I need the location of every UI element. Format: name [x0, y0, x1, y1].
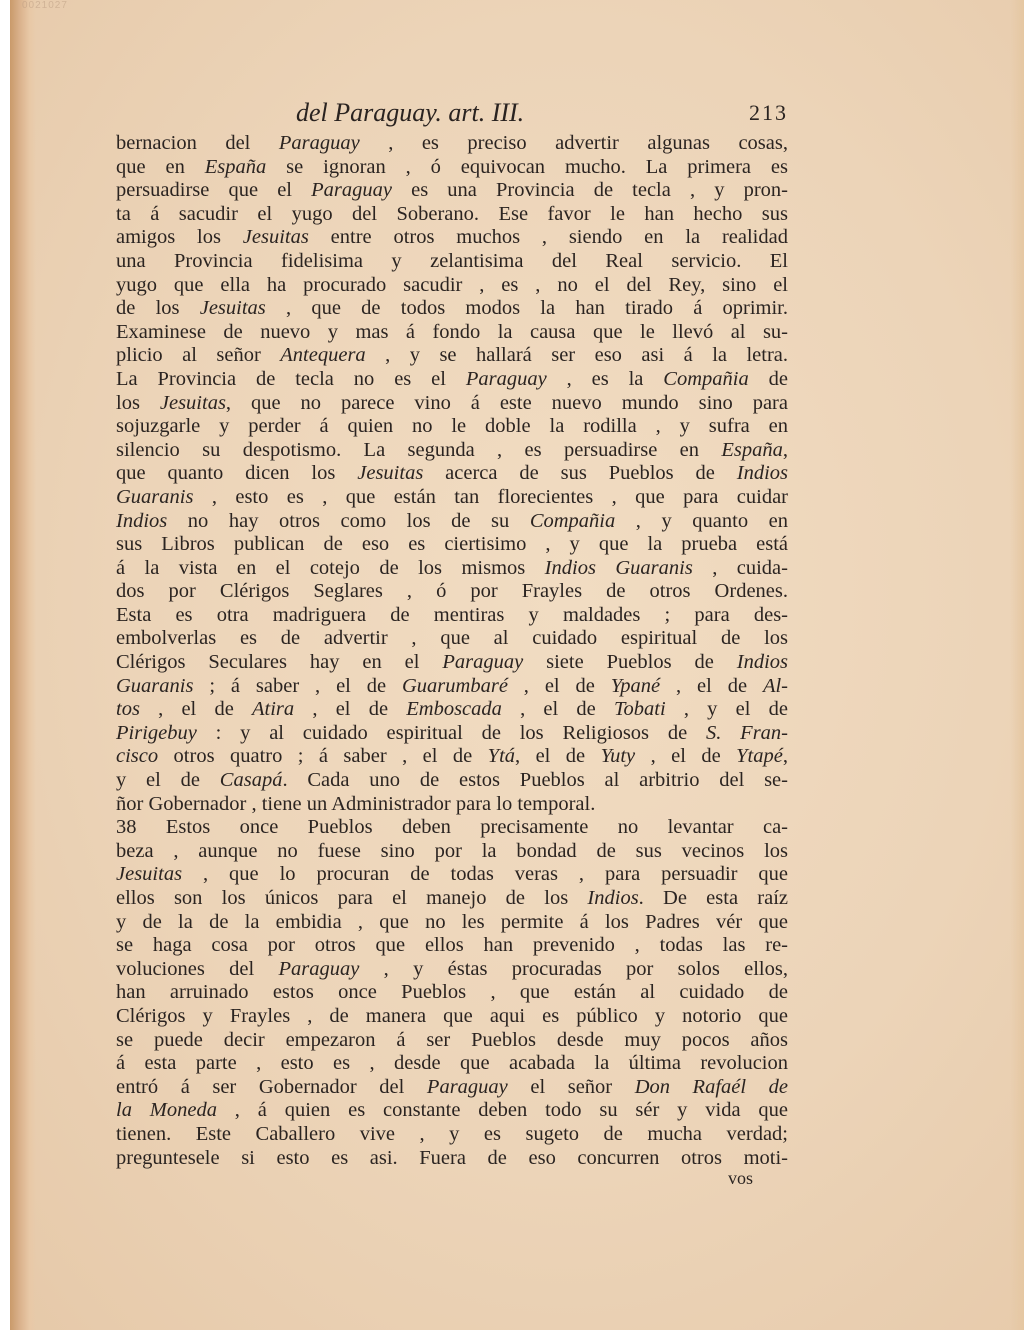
text-line: han arruinado estos once Pueblos , que e…	[116, 981, 788, 1005]
text-run: La Provincia de tecla no es el	[116, 368, 466, 390]
text-line: Clérigos y Frayles , de manera que aqui …	[116, 1005, 788, 1029]
text-run: , y el de	[666, 698, 788, 720]
text-line: se haga cosa por otros que ellos han pre…	[116, 934, 788, 958]
text-run: acerca de sus Pueblos de	[423, 462, 736, 484]
italic-text: Jesuitas	[357, 462, 423, 484]
italic-text: Indios	[587, 887, 638, 909]
text-run: Examinese de nuevo y mas á fondo la caus…	[116, 321, 788, 343]
text-run: , el de	[635, 745, 736, 767]
italic-text: Indios Guaranis	[545, 557, 693, 579]
text-run: . De esta raíz	[639, 887, 788, 909]
italic-text: Tobati	[614, 698, 666, 720]
text-line: tos , el de Atira , el de Emboscada , el…	[116, 698, 788, 722]
italic-text: Jesuitas	[116, 863, 182, 885]
text-line: la Moneda , á quien es constante deben t…	[116, 1099, 788, 1123]
text-line: bernacion del Paraguay , es preciso adve…	[116, 132, 788, 156]
text-line: y de la de la embidia , que no les permi…	[116, 911, 788, 935]
text-line: Pirigebuy : y al cuidado espiritual de l…	[116, 722, 788, 746]
catchword: vos	[728, 1168, 753, 1189]
text-line: preguntesele si esto es asi. Fuera de es…	[116, 1147, 788, 1171]
text-line: una Provincia fidelisima y zelantisima d…	[116, 250, 788, 274]
text-run: los	[116, 392, 160, 414]
italic-text: Indios	[737, 462, 788, 484]
text-line: beza , aunque no fuese sino por la bonda…	[116, 840, 788, 864]
text-run: , el de	[140, 698, 252, 720]
text-run: , el de	[660, 675, 763, 697]
text-line: embolverlas es de advertir , que al cuid…	[116, 627, 788, 651]
text-line: Guaranis , esto es , que están tan flore…	[116, 486, 788, 510]
text-line: Examinese de nuevo y mas á fondo la caus…	[116, 321, 788, 345]
italic-text: Paraguay	[311, 179, 392, 201]
text-run: sus Libros publican de eso es ciertisimo…	[116, 533, 788, 555]
text-run: siete Pueblos de	[523, 651, 737, 673]
text-line: Jesuitas , que lo procuran de todas vera…	[116, 863, 788, 887]
text-run: yugo que ella ha procurado sacudir , es …	[116, 274, 788, 296]
italic-text: Guaranis	[116, 486, 193, 508]
italic-text: Emboscada	[406, 698, 502, 720]
body-text: bernacion del Paraguay , es preciso adve…	[116, 132, 788, 1170]
italic-text: Paraguay	[466, 368, 547, 390]
text-run: preguntesele si esto es asi. Fuera de es…	[116, 1147, 788, 1169]
italic-text: España	[205, 156, 267, 178]
scan-id-label: 0021027	[22, 0, 68, 11]
text-run: es una Provincia de tecla , y pron-	[392, 179, 788, 201]
text-line: y el de Casapá. Cada uno de estos Pueblo…	[116, 769, 788, 793]
text-run: bernacion del	[116, 132, 279, 154]
text-run: : y al cuidado espiritual de los Religio…	[197, 722, 706, 744]
text-run: y el de	[116, 769, 220, 791]
text-run: , el de	[508, 675, 611, 697]
italic-text: Paraguay	[278, 958, 359, 980]
text-run: Esta es otra madriguera de mentiras y ma…	[116, 604, 788, 626]
italic-text: Yuty	[601, 745, 636, 767]
text-run: que quanto dicen los	[116, 462, 357, 484]
italic-text: Pirigebuy	[116, 722, 197, 744]
italic-text: España	[721, 439, 783, 461]
text-run: . Cada uno de estos Pueblos al arbitrio …	[282, 769, 788, 791]
text-line: á esta parte , esto es , desde que acaba…	[116, 1052, 788, 1076]
text-run: silencio su despotismo. La segunda , es …	[116, 439, 721, 461]
text-run: han arruinado estos once Pueblos , que e…	[116, 981, 788, 1003]
text-line: Indios no hay otros como los de su Compa…	[116, 510, 788, 534]
text-run: , esto es , que están tan florecientes ,…	[193, 486, 788, 508]
text-run: á esta parte , esto es , desde que acaba…	[116, 1052, 788, 1074]
text-run: el señor	[508, 1076, 635, 1098]
italic-text: cisco	[116, 745, 158, 767]
text-run: embolverlas es de advertir , que al cuid…	[116, 627, 788, 649]
text-run: tienen. Este Caballero vive , y es suget…	[116, 1123, 788, 1145]
text-run: dos por Clérigos Seglares , ó por Frayle…	[116, 580, 788, 602]
text-run: se puede decir empezaron á ser Pueblos d…	[116, 1029, 788, 1051]
text-run: amigos los	[116, 226, 243, 248]
text-run: y de la de la embidia , que no les permi…	[116, 911, 788, 933]
text-line: de los Jesuitas , que de todos modos la …	[116, 297, 788, 321]
text-run: no hay otros como los de su	[167, 510, 530, 532]
text-run: , á quien es constante deben todo su sér…	[217, 1099, 788, 1121]
running-head: del Paraguay. art. III.	[296, 98, 524, 128]
text-run: persuadirse que el	[116, 179, 311, 201]
text-run: ta á sacudir el yugo del Soberano. Ese f…	[116, 203, 788, 225]
italic-text: Paraguay	[427, 1076, 508, 1098]
text-line: Guaranis ; á saber , el de Guarumbaré , …	[116, 675, 788, 699]
italic-text: Paraguay	[442, 651, 523, 673]
text-line: dos por Clérigos Seglares , ó por Frayle…	[116, 580, 788, 604]
italic-text: Guaranis	[116, 675, 193, 697]
italic-text: Indios	[116, 510, 167, 532]
italic-text: Indios	[737, 651, 788, 673]
text-run: entre otros muchos , siendo en la realid…	[309, 226, 788, 248]
text-run: , que lo procuran de todas veras , para …	[182, 863, 788, 885]
text-run: se ignoran , ó equivocan mucho. La prime…	[266, 156, 788, 178]
text-run: se haga cosa por otros que ellos han pre…	[116, 934, 788, 956]
italic-text: Don Rafaél de	[635, 1076, 788, 1098]
text-line: cisco otros quatro ; á saber , el de Ytá…	[116, 745, 788, 769]
text-line: que en España se ignoran , ó equivocan m…	[116, 156, 788, 180]
text-run: , y quanto en	[615, 510, 788, 532]
text-run: de los	[116, 297, 200, 319]
text-run: , el de	[294, 698, 406, 720]
italic-text: S. Fran-	[706, 722, 788, 744]
text-line: tienen. Este Caballero vive , y es suget…	[116, 1123, 788, 1147]
book-page: 0021027 del Paraguay. art. III. 213 bern…	[10, 0, 1024, 1330]
text-run: , que de todos modos la han tirado á opr…	[266, 297, 788, 319]
text-line: á la vista en el cotejo de los mismos In…	[116, 557, 788, 581]
text-run: Clérigos Seculares hay en el	[116, 651, 442, 673]
text-run: , es la	[547, 368, 664, 390]
text-line: 38 Estos once Pueblos deben precisamente…	[116, 816, 788, 840]
page-gutter-shadow	[10, 0, 36, 1330]
text-run: voluciones del	[116, 958, 278, 980]
text-run: sojuzgarle y perder á quien no le doble …	[116, 415, 788, 437]
text-line: voluciones del Paraguay , y éstas procur…	[116, 958, 788, 982]
text-run: entró á ser Gobernador del	[116, 1076, 427, 1098]
text-line: plicio al señor Antequera , y se hallará…	[116, 344, 788, 368]
page-number: 213	[749, 100, 788, 126]
italic-text: Compañia	[530, 510, 615, 532]
text-run: ñor Gobernador , tiene un Administrador …	[116, 793, 595, 815]
italic-text: Casapá	[220, 769, 283, 791]
text-run: plicio al señor	[116, 344, 280, 366]
text-line: que quanto dicen los Jesuitas acerca de …	[116, 462, 788, 486]
page-header: del Paraguay. art. III. 213	[116, 98, 788, 132]
italic-text: Atira	[252, 698, 294, 720]
text-run: ellos son los únicos para el manejo de l…	[116, 887, 587, 909]
italic-text: la Moneda	[116, 1099, 217, 1121]
text-line: yugo que ella ha procurado sacudir , es …	[116, 274, 788, 298]
text-run: de	[749, 368, 788, 390]
text-line: La Provincia de tecla no es el Paraguay …	[116, 368, 788, 392]
text-line: Clérigos Seculares hay en el Paraguay si…	[116, 651, 788, 675]
text-line: los Jesuitas, que no parece vino á este …	[116, 392, 788, 416]
text-run: , el de	[515, 745, 601, 767]
text-line: se puede decir empezaron á ser Pueblos d…	[116, 1029, 788, 1053]
text-run: otros quatro ; á saber , el de	[158, 745, 488, 767]
italic-text: Jesuitas	[160, 392, 226, 414]
text-run: , es preciso advertir algunas cosas,	[360, 132, 788, 154]
text-run: una Provincia fidelisima y zelantisima d…	[116, 250, 788, 272]
text-run: , el de	[502, 698, 614, 720]
text-run: ; á saber , el de	[193, 675, 402, 697]
italic-text: Ytapé	[736, 745, 783, 767]
text-run: Clérigos y Frayles , de manera que aqui …	[116, 1005, 788, 1027]
text-run: , cuida-	[693, 557, 788, 579]
text-run: ,	[783, 439, 788, 461]
text-run: , que no parece vino á este nuevo mundo …	[226, 392, 788, 414]
text-line: Esta es otra madriguera de mentiras y ma…	[116, 604, 788, 628]
italic-text: Antequera	[280, 344, 365, 366]
page-right-edge	[1010, 0, 1024, 1330]
text-line: ñor Gobernador , tiene un Administrador …	[116, 793, 788, 817]
text-run: , y se hallará ser eso asi á la letra.	[366, 344, 788, 366]
text-line: sojuzgarle y perder á quien no le doble …	[116, 415, 788, 439]
italic-text: tos	[116, 698, 140, 720]
text-run: , y éstas procuradas por solos ellos,	[359, 958, 788, 980]
italic-text: Compañia	[663, 368, 748, 390]
text-line: entró á ser Gobernador del Paraguay el s…	[116, 1076, 788, 1100]
text-run: á la vista en el cotejo de los mismos	[116, 557, 545, 579]
italic-text: Ypané	[611, 675, 660, 697]
italic-text: Ytá	[488, 745, 515, 767]
italic-text: Jesuitas	[200, 297, 266, 319]
italic-text: Al-	[763, 675, 788, 697]
text-line: persuadirse que el Paraguay es una Provi…	[116, 179, 788, 203]
text-line: sus Libros publican de eso es ciertisimo…	[116, 533, 788, 557]
italic-text: Jesuitas	[243, 226, 309, 248]
text-run: 38 Estos once Pueblos deben precisamente…	[116, 816, 788, 838]
text-run: beza , aunque no fuese sino por la bonda…	[116, 840, 788, 862]
italic-text: Guarumbaré	[402, 675, 508, 697]
text-line: silencio su despotismo. La segunda , es …	[116, 439, 788, 463]
text-line: ellos son los únicos para el manejo de l…	[116, 887, 788, 911]
text-run: que en	[116, 156, 205, 178]
text-run: ,	[783, 745, 788, 767]
text-line: ta á sacudir el yugo del Soberano. Ese f…	[116, 203, 788, 227]
text-line: amigos los Jesuitas entre otros muchos ,…	[116, 226, 788, 250]
italic-text: Paraguay	[279, 132, 360, 154]
